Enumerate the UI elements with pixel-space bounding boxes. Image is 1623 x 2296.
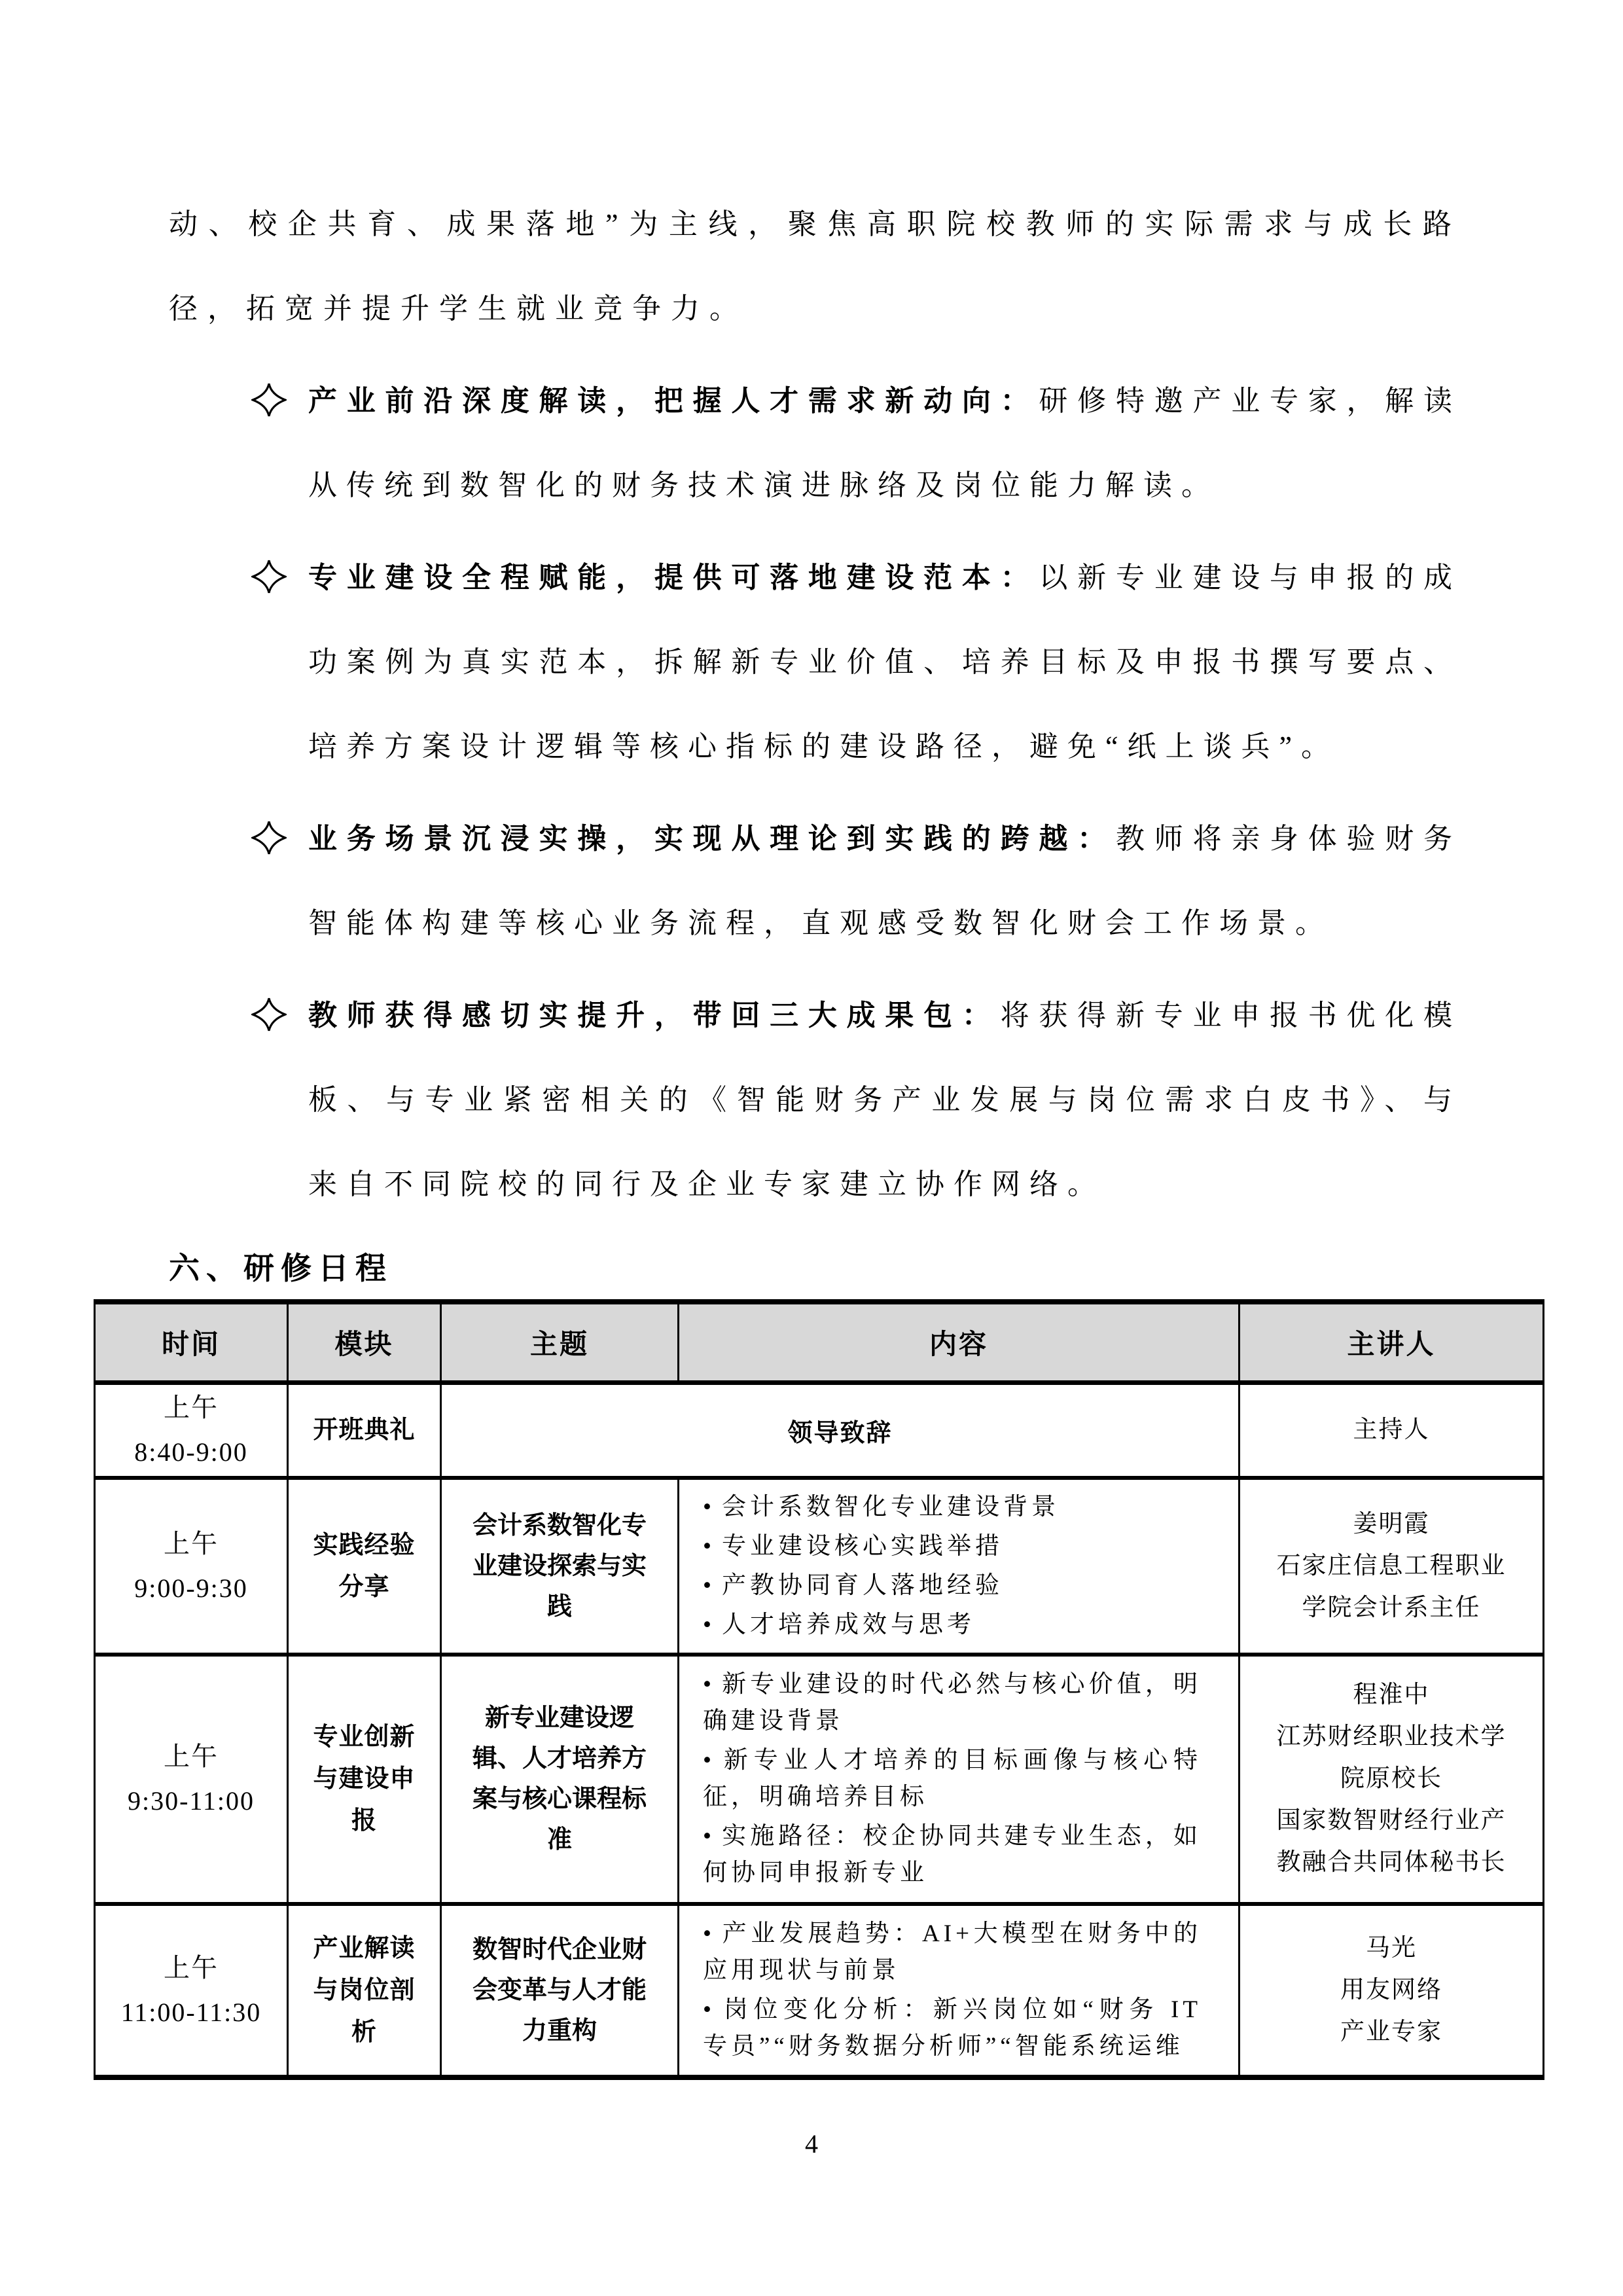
time-cell: 上午 9:00-9:30 (95, 1478, 288, 1655)
feature-item: 业务场景沉浸实操，实现从理论到实践的跨越：教师将亲身体验财务智能体构建等核心业务… (169, 797, 1461, 965)
speaker-line: 学院会计系主任 (1241, 1587, 1542, 1629)
bullet-text: 实施路径：校企协同共建专业生态，如何协同申报新专业 (703, 1823, 1202, 1886)
topic-line: 案与核心课程标 (442, 1779, 677, 1820)
diamond-bullet-icon (251, 997, 287, 1032)
speaker-cell: 马光 用友网络 产业专家 (1240, 1904, 1544, 2077)
topic-line: 业建设探索与实 (442, 1546, 677, 1587)
time-period: 上午 (96, 1946, 286, 1990)
module-cell: 实践经验 分享 (288, 1478, 441, 1655)
time-period: 上午 (96, 1734, 286, 1779)
time-range: 8:40-9:00 (96, 1430, 286, 1475)
bullet-dot-icon: • (703, 1747, 711, 1774)
speaker-cell: 姜明霞 石家庄信息工程职业 学院会计系主任 (1240, 1478, 1544, 1655)
speaker-line: 江苏财经职业技术学 (1241, 1716, 1542, 1758)
time-period: 上午 (96, 1522, 286, 1566)
module-line: 报 (289, 1800, 439, 1842)
table-row-major-innovation: 上午 9:30-11:00 专业创新 与建设申 报 新专业建设逻 辑、人才培养方… (95, 1655, 1544, 1904)
module-line: 专业创新 (289, 1716, 439, 1758)
content-bullet: •会计系数智化专业建设背景 (703, 1489, 1202, 1526)
content-cell: •新专业建设的时代必然与核心价值，明确建设背景 •新专业人才培养的目标画像与核心… (679, 1655, 1240, 1904)
merged-topic-content-cell: 领导致辞 (441, 1383, 1240, 1478)
time-range: 9:00-9:30 (96, 1566, 286, 1611)
bullet-text: 新专业建设的时代必然与核心价值，明确建设背景 (703, 1671, 1202, 1734)
page-number: 4 (0, 2128, 1623, 2159)
module-line: 与岗位剖 (289, 1969, 439, 2011)
module-line: 分享 (289, 1566, 439, 1608)
schedule-table: 时间 模块 主题 内容 主讲人 上午 8:40-9:00 开班典礼 领导致辞 主… (94, 1299, 1544, 2080)
time-cell: 上午 8:40-9:00 (95, 1383, 288, 1478)
speaker-line: 产业专家 (1241, 2011, 1542, 2053)
module-cell: 开班典礼 (288, 1383, 441, 1478)
topic-line: 会变革与人才能 (442, 1970, 677, 2011)
bullet-text: 人才培养成效与思考 (722, 1611, 975, 1638)
speaker-line: 姜明霞 (1241, 1503, 1542, 1545)
topic-cell: 新专业建设逻 辑、人才培养方 案与核心课程标 准 (441, 1655, 679, 1904)
content-bullet: •产教协同育人落地经验 (703, 1568, 1202, 1604)
content-bullet: •专业建设核心实践举措 (703, 1528, 1202, 1565)
time-range: 9:30-11:00 (96, 1779, 286, 1823)
col-header-time: 时间 (95, 1302, 288, 1383)
feature-item: 专业建设全程赋能，提供可落地建设范本：以新专业建设与申报的成功案例为真实范本，拆… (169, 535, 1461, 789)
topic-line: 准 (442, 1820, 677, 1860)
diamond-bullet-icon (251, 559, 287, 594)
bullet-text: 产教协同育人落地经验 (722, 1572, 1003, 1599)
topic-line: 数智时代企业财 (442, 1929, 677, 1970)
feature-lead: 专业建设全程赋能，提供可落地建设范本： (308, 562, 1039, 594)
content-bullet: •新专业建设的时代必然与核心价值，明确建设背景 (703, 1666, 1202, 1740)
topic-line: 会计系数智化专 (442, 1505, 677, 1546)
topic-cell: 会计系数智化专 业建设探索与实 践 (441, 1478, 679, 1655)
content-cell: •产业发展趋势：AI+大模型在财务中的应用现状与前景 •岗位变化分析：新兴岗位如… (679, 1904, 1240, 2077)
bullet-dot-icon: • (703, 1611, 711, 1638)
content-bullet: •岗位变化分析：新兴岗位如“财务 IT 专员”“财务数据分析师”“智能系统运维 (703, 1992, 1202, 2065)
speaker-line: 马光 (1241, 1928, 1542, 1969)
bullet-dot-icon: • (703, 1572, 711, 1599)
page-body-text: 动、校企共育、成果落地”为主线，聚焦高职院校教师的实际需求与成长路径，拓宽并提升… (169, 182, 1461, 1292)
col-header-module: 模块 (288, 1302, 441, 1383)
speaker-line: 程淮中 (1241, 1674, 1542, 1716)
time-cell: 上午 11:00-11:30 (95, 1904, 288, 2077)
bullet-text: 会计系数智化专业建设背景 (722, 1494, 1060, 1520)
diamond-bullet-icon (251, 820, 287, 855)
bullet-dot-icon: • (703, 1920, 711, 1947)
content-bullet: •新专业人才培养的目标画像与核心特征，明确培养目标 (703, 1742, 1202, 1816)
speaker-line: 国家数智财经行业产 (1241, 1800, 1542, 1842)
time-cell: 上午 9:30-11:00 (95, 1655, 288, 1904)
table-row-practice-sharing: 上午 9:00-9:30 实践经验 分享 会计系数智化专 业建设探索与实 践 •… (95, 1478, 1544, 1655)
content-bullet: •实施路径：校企协同共建专业生态，如何协同申报新专业 (703, 1818, 1202, 1892)
bullet-dot-icon: • (703, 1823, 711, 1850)
module-line: 产业解读 (289, 1928, 439, 1969)
content-bullet: •产业发展趋势：AI+大模型在财务中的应用现状与前景 (703, 1916, 1202, 1989)
feature-lead: 教师获得感切实提升，带回三大成果包： (308, 999, 1001, 1031)
feature-item: 教师获得感切实提升，带回三大成果包：将获得新专业申报书优化模板、与专业紧密相关的… (169, 973, 1461, 1227)
col-header-topic: 主题 (441, 1302, 679, 1383)
feature-lead: 业务场景沉浸实操，实现从理论到实践的跨越： (308, 823, 1116, 855)
time-range: 11:00-11:30 (96, 1990, 286, 2035)
speaker-cell: 主持人 (1240, 1383, 1544, 1478)
topic-line: 辑、人才培养方 (442, 1738, 677, 1779)
bullet-dot-icon: • (703, 1671, 711, 1698)
paragraph-continuation: 动、校企共育、成果落地”为主线，聚焦高职院校教师的实际需求与成长路径，拓宽并提升… (169, 182, 1461, 351)
bullet-text: 专业建设核心实践举措 (722, 1533, 1003, 1560)
time-period: 上午 (96, 1386, 286, 1430)
module-cell: 专业创新 与建设申 报 (288, 1655, 441, 1904)
content-cell: •会计系数智化专业建设背景 •专业建设核心实践举措 •产教协同育人落地经验 •人… (679, 1478, 1240, 1655)
table-header-row: 时间 模块 主题 内容 主讲人 (95, 1302, 1544, 1383)
content-bullet: •人才培养成效与思考 (703, 1607, 1202, 1643)
bullet-text: 产业发展趋势：AI+大模型在财务中的应用现状与前景 (703, 1920, 1202, 1984)
topic-line: 新专业建设逻 (442, 1698, 677, 1738)
section-title: 六、研修日程 (169, 1245, 1461, 1292)
table-row-industry-analysis: 上午 11:00-11:30 产业解读 与岗位剖 析 数智时代企业财 会变革与人… (95, 1904, 1544, 2077)
speaker-line: 院原校长 (1241, 1758, 1542, 1800)
document-page: 动、校企共育、成果落地”为主线，聚焦高职院校教师的实际需求与成长路径，拓宽并提升… (0, 0, 1623, 2296)
topic-line: 践 (442, 1587, 677, 1627)
speaker-line: 石家庄信息工程职业 (1241, 1545, 1542, 1587)
module-line: 开班典礼 (289, 1409, 439, 1451)
feature-lead: 产业前沿深度解读，把握人才需求新动向： (308, 385, 1039, 417)
module-line: 实践经验 (289, 1524, 439, 1566)
feature-item: 产业前沿深度解读，把握人才需求新动向：研修特邀产业专家，解读从传统到数智化的财务… (169, 359, 1461, 528)
speaker-cell: 程淮中 江苏财经职业技术学 院原校长 国家数智财经行业产 教融合共同体秘书长 (1240, 1655, 1544, 1904)
topic-line: 力重构 (442, 2011, 677, 2051)
speaker-line: 用友网络 (1241, 1969, 1542, 2011)
col-header-content: 内容 (679, 1302, 1240, 1383)
speaker-line: 教融合共同体秘书长 (1241, 1842, 1542, 1884)
table-row-opening: 上午 8:40-9:00 开班典礼 领导致辞 主持人 (95, 1383, 1544, 1478)
module-line: 与建设申 (289, 1758, 439, 1800)
bullet-text: 岗位变化分析：新兴岗位如“财务 IT 专员”“财务数据分析师”“智能系统运维 (703, 1996, 1202, 2060)
bullet-text: 新专业人才培养的目标画像与核心特征，明确培养目标 (703, 1747, 1202, 1810)
module-line: 析 (289, 2011, 439, 2053)
bullet-dot-icon: • (703, 1494, 711, 1520)
topic-cell: 数智时代企业财 会变革与人才能 力重构 (441, 1904, 679, 2077)
bullet-dot-icon: • (703, 1996, 711, 2023)
diamond-bullet-icon (251, 382, 287, 418)
speaker-line: 主持人 (1241, 1409, 1542, 1451)
col-header-speaker: 主讲人 (1240, 1302, 1544, 1383)
bullet-dot-icon: • (703, 1533, 711, 1560)
module-cell: 产业解读 与岗位剖 析 (288, 1904, 441, 2077)
